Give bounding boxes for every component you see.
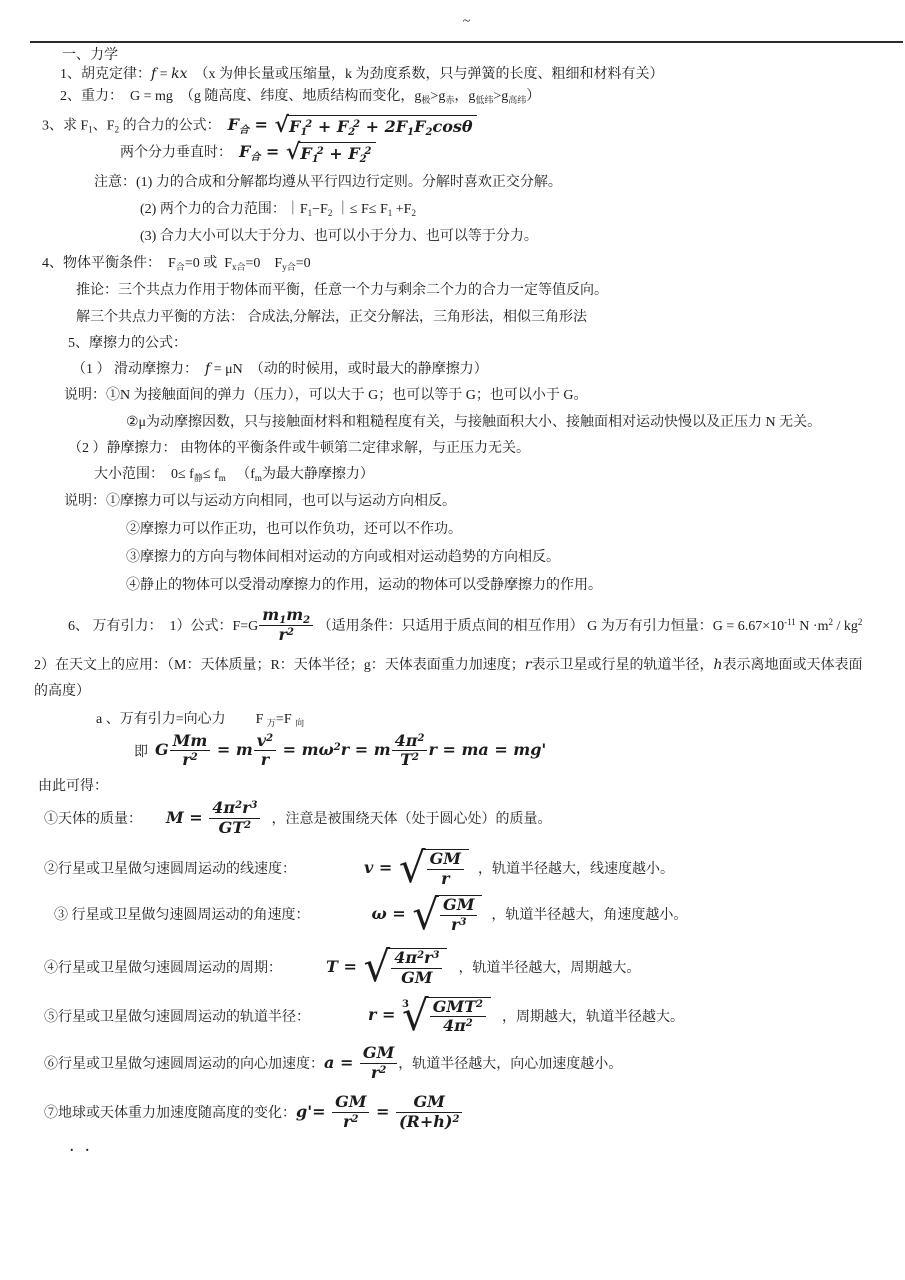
line-static-friction: （2 ）静摩擦力： 由物体的平衡条件或牛顿第二定律求解，与正压力无关。 [34, 439, 879, 458]
document-body: 一、力学 1、胡克定律：f = kx （x 为伸长量或压缩量，k 为劲度系数，只… [0, 46, 905, 1157]
line-equilibrium-condition: 4、物体平衡条件： F合=0 或 Fx合=0 Fy合=0 [34, 254, 879, 273]
formula-angular-speed: ③ 行星或卫星做匀速圆周运动的角速度：ω = √GMr3，轨道半径越大，角速度越… [34, 895, 879, 934]
line-thus: 由此可得： [34, 777, 879, 796]
line-note-normal-force: 说明：①N 为接触面间的弹力（压力），可以大于 G；也可以等于 G；也可以小于 … [34, 386, 879, 405]
line-astronomy-application: 2）在天文上的应用：（M：天体质量；R：天体半径；g：天体表面重力加速度；r表示… [34, 656, 879, 675]
section-title-mechanics: 一、力学 [34, 46, 879, 65]
line-corollary: 推论：三个共点力作用于物体而平衡，任意一个力与剩余二个力的合力一定等值反向。 [34, 281, 879, 300]
footer-dots: .. [34, 1138, 879, 1157]
page-header: ~ [30, 0, 903, 43]
line-friction-range: 大小范围： 0≤ f静≤ fm （fm为最大静摩擦力） [34, 465, 879, 484]
document-page: ~ 一、力学 1、胡克定律：f = kx （x 为伸长量或压缩量，k 为劲度系数… [0, 0, 905, 1280]
formula-centripetal-acceleration: ⑥行星或卫星做匀速圆周运动的向心加速度：a = GMr2，轨道半径越大，向心加速… [34, 1045, 879, 1082]
line-friction-note-3: ③摩擦力的方向与物体间相对运动的方向或相对运动趋势的方向相反。 [34, 548, 879, 567]
line-gravity-equals-centripetal: a 、万有引力=向心力F 万=F 向 [34, 710, 879, 729]
line-gravity: 2、重力： G = mg （g 随高度、纬度、地质结构而变化，g极>g赤，g低纬… [34, 87, 879, 106]
line-friction-title: 5、摩擦力的公式： [34, 334, 879, 353]
line-note-1: 注意：(1) 力的合成和分解都均遵从平行四边行定则。分解时喜欢正交分解。 [34, 173, 879, 192]
formula-orbital-speed: ②行星或卫星做匀速圆周运动的线速度：v = √GMr，轨道半径越大，线速度越小。 [34, 849, 879, 888]
formula-orbital-radius: ⑤行星或卫星做匀速圆周运动的轨道半径：r = 3√GMT24π2，周期越大，轨道… [34, 997, 879, 1036]
line-friction-note-2: ②摩擦力可以作正功，也可以作负功，还可以不作功。 [34, 520, 879, 539]
formula-perpendicular-components: 两个分力垂直时： F合 = √F12 + F22 [34, 141, 879, 163]
formula-orbital-period: ④行星或卫星做匀速圆周运动的周期：T = √4π2r3GM，轨道半径越大，周期越… [34, 948, 879, 987]
formula-resultant-force: 3、求 F1、F2 的合力的公式： F合 = √F12 + F22 + 2F1F… [34, 114, 879, 136]
line-note-3: (3) 合力大小可以大于分力、也可以小于分力、也可以等于分力。 [34, 227, 879, 246]
line-sliding-friction: （1 ） 滑动摩擦力： f = μN （动的时候用，或时最大的静摩擦力） [34, 360, 879, 379]
line-hooke-law: 1、胡克定律：f = kx （x 为伸长量或压缩量，k 为劲度系数，只与弹簧的长… [34, 65, 879, 84]
line-friction-note-1: 说明：①摩擦力可以与运动方向相同，也可以与运动方向相反。 [34, 492, 879, 511]
line-note-2: (2) 两个力的合力范围：｜F1−F2 ｜≤ F≤ F1 +F2 [34, 200, 879, 219]
page-mark: ~ [463, 14, 471, 29]
line-note-mu: ②μ为动摩擦因数，只与接触面材料和粗糙程度有关，与接触面积大小、接触面相对运动快… [34, 413, 879, 432]
formula-celestial-mass: ①天体的质量：M = 4π2r3GT2，注意是被围绕天体（处于圆心处）的质量。 [34, 800, 879, 837]
line-friction-note-4: ④静止的物体可以受滑动摩擦力的作用，运动的物体可以受静摩擦力的作用。 [34, 576, 879, 595]
line-universal-gravitation: 6、 万有引力： 1）公式：F=Gm1m2r2 （适用条件：只适用于质点间的相互… [34, 607, 879, 644]
line-equilibrium-methods: 解三个共点力平衡的方法： 合成法,分解法，正交分解法，三角形法，相似三角形法 [34, 308, 879, 327]
formula-gravity-vs-height: ⑦地球或天体重力加速度随高度的变化：g'= GMr2 = GM(R+h)2 [34, 1094, 879, 1131]
formula-orbital-equation: 即 GMmr2 = mv2r = mω2r = m4π2T2r = ma = m… [34, 733, 879, 770]
line-astronomy-application-cont: 的高度） [34, 682, 879, 701]
